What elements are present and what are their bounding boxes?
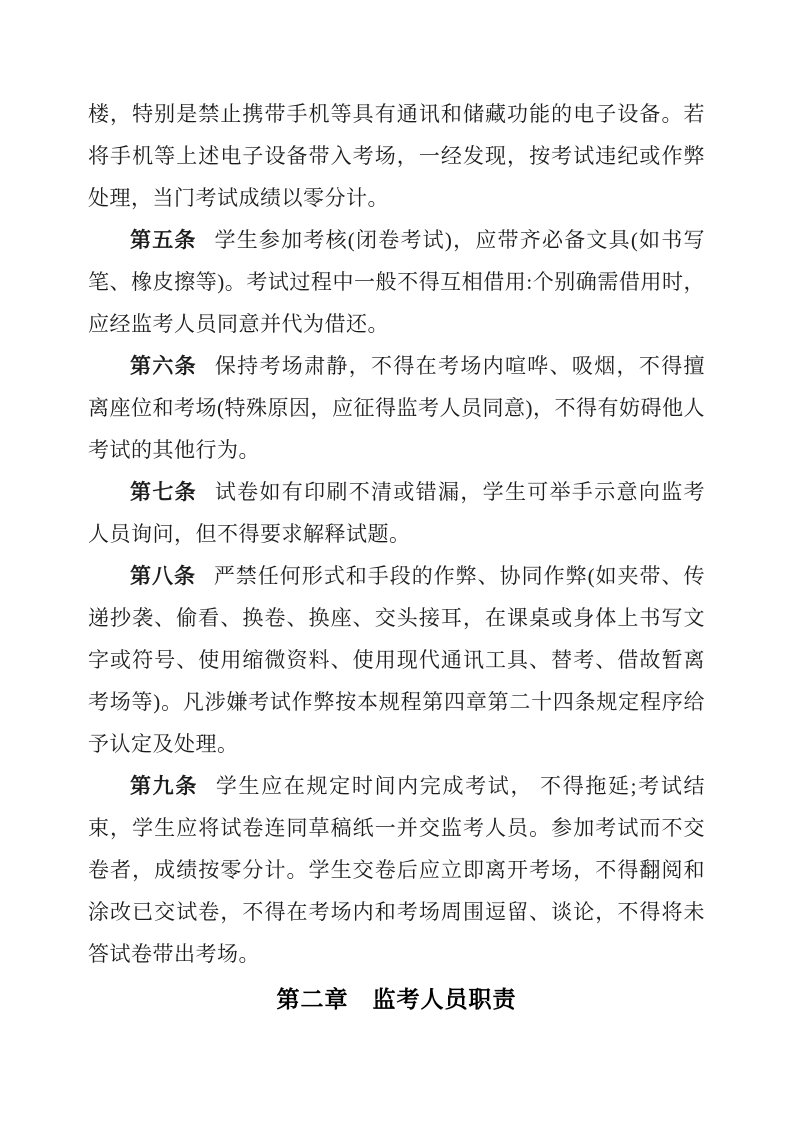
paragraph-article-6: 第六条保持考场肃静，不得在考场内喧哗、吸烟，不得擅离座位和考场(特殊原因，应征得… xyxy=(88,345,705,471)
paragraph-continuation: 楼，特别是禁止携带手机等具有通讯和储藏功能的电子设备。若将手机等上述电子设备带入… xyxy=(88,93,705,219)
chapter-heading: 第二章 监考人员职责 xyxy=(88,977,705,1021)
article-label: 第六条 xyxy=(130,354,215,378)
article-label: 第八条 xyxy=(130,564,214,588)
paragraph-text: 楼，特别是禁止携带手机等具有通讯和储藏功能的电子设备。若将手机等上述电子设备带入… xyxy=(88,102,705,210)
article-label: 第九条 xyxy=(130,774,216,798)
paragraph-article-8: 第八条严禁任何形式和手段的作弊、协同作弊(如夹带、传递抄袭、偷看、换卷、换座、交… xyxy=(88,555,705,765)
article-text: 严禁任何形式和手段的作弊、协同作弊(如夹带、传递抄袭、偷看、换卷、换座、交头接耳… xyxy=(88,564,705,756)
article-label: 第七条 xyxy=(130,480,215,504)
paragraph-article-5: 第五条学生参加考核(闭卷考试)，应带齐必备文具(如书写笔、橡皮擦等)。考试过程中… xyxy=(88,219,705,345)
article-text: 学生应在规定时间内完成考试， 不得拖延;考试结束，学生应将试卷连同草稿纸一并交监… xyxy=(88,774,705,966)
paragraph-article-9: 第九条学生应在规定时间内完成考试， 不得拖延;考试结束，学生应将试卷连同草稿纸一… xyxy=(88,765,705,975)
document-page: 楼，特别是禁止携带手机等具有通讯和储藏功能的电子设备。若将手机等上述电子设备带入… xyxy=(0,0,793,1122)
article-label: 第五条 xyxy=(130,228,215,252)
paragraph-article-7: 第七条试卷如有印刷不清或错漏，学生可举手示意向监考人员询问，但不得要求解释试题。 xyxy=(88,471,705,555)
